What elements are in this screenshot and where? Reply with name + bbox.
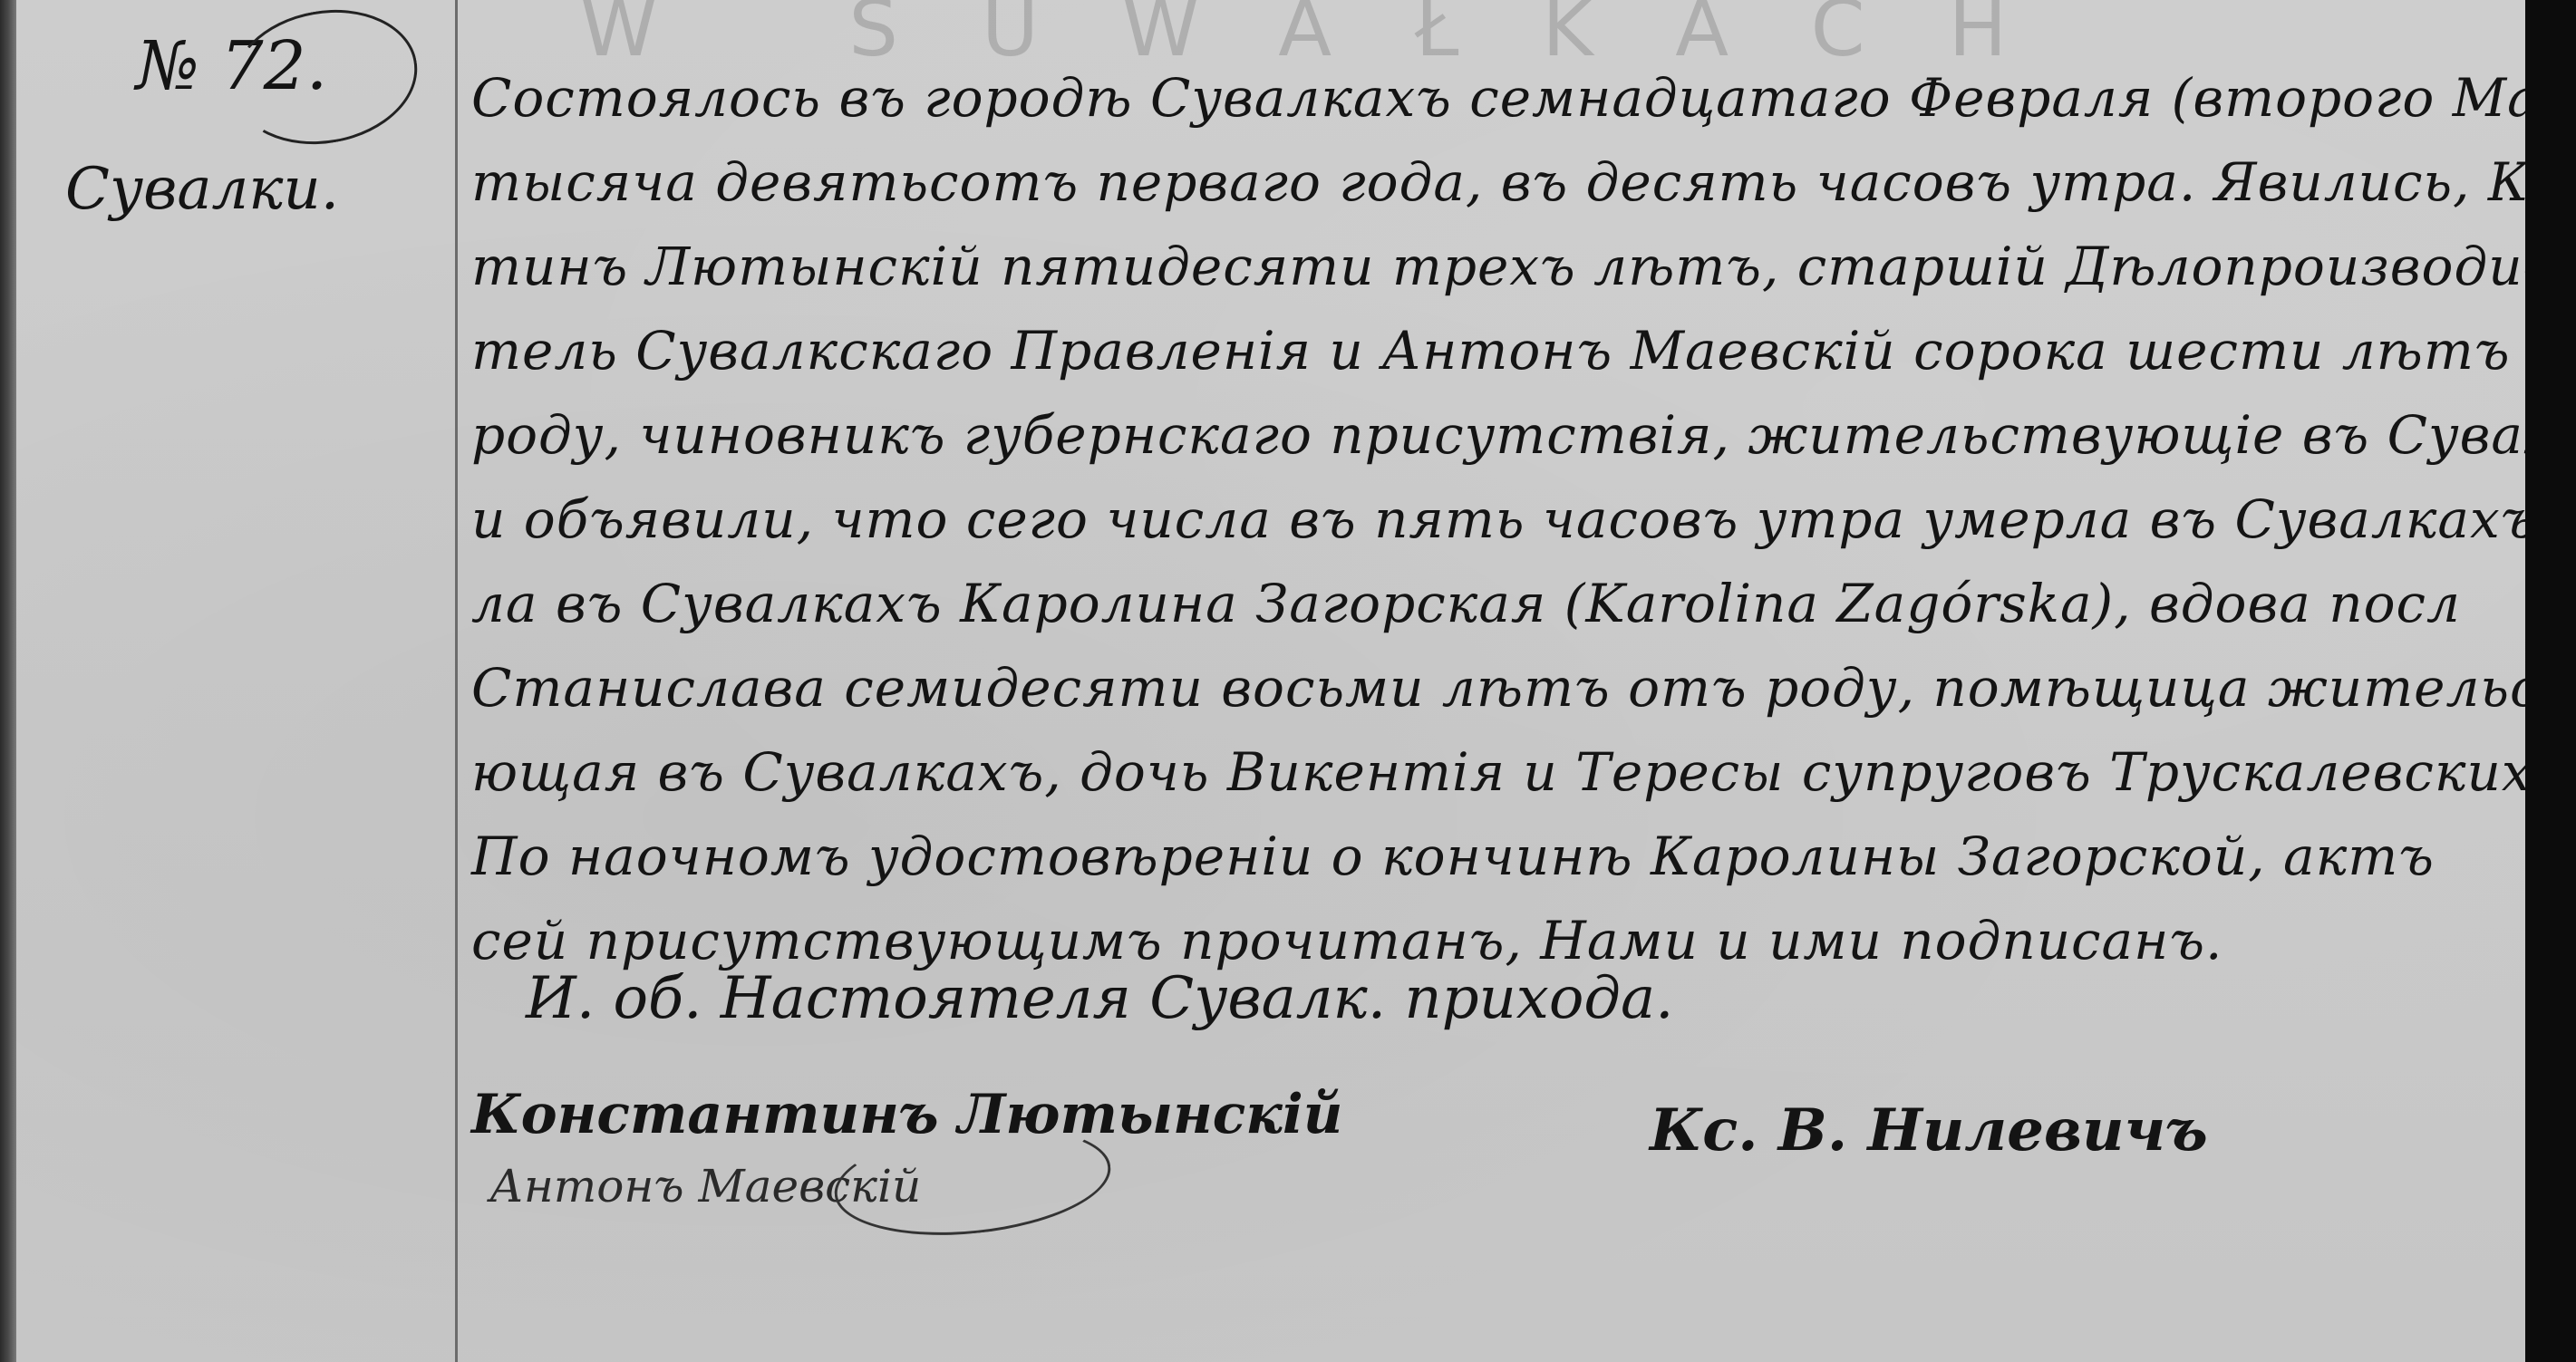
body-line: Станислава семидесяти восьми лѣтъ отъ ро… bbox=[471, 646, 2502, 730]
signature-witness-1: Константинъ Лютынскій bbox=[471, 1083, 1342, 1146]
record-body: Состоялось въ городѣ Сувалкахъ семнадцат… bbox=[471, 56, 2502, 983]
body-line: По наочномъ удостовѣреніи о кончинѣ Каро… bbox=[471, 815, 2502, 899]
body-line: тинъ Лютынскій пятидесяти трехъ лѣтъ, ст… bbox=[471, 225, 2502, 309]
body-line: роду, чиновникъ губернскаго присутствія,… bbox=[471, 393, 2502, 478]
document-page: W SUWAŁKACH № 72. Сувалки. Состоялось въ… bbox=[0, 0, 2525, 1362]
signature-official: Кс. В. Нилевичъ bbox=[1650, 1096, 2208, 1164]
body-line: тысяча девятьсотъ перваго года, въ десят… bbox=[471, 140, 2502, 225]
binding-edge bbox=[0, 0, 16, 1362]
margin-rule bbox=[455, 0, 458, 1362]
scan-border bbox=[2525, 0, 2576, 1362]
body-line: и объявили, что сего числа въ пять часов… bbox=[471, 478, 2502, 562]
body-line: ла въ Сувалкахъ Каролина Загорская (Karo… bbox=[471, 562, 2502, 646]
body-line: Состоялось въ городѣ Сувалкахъ семнадцат… bbox=[471, 56, 2502, 140]
body-line: тель Сувалкскаго Правленія и Антонъ Маев… bbox=[471, 309, 2502, 393]
body-line: ющая въ Сувалкахъ, дочь Викентія и Терес… bbox=[471, 730, 2502, 815]
margin-place-name: Сувалки. bbox=[65, 156, 339, 223]
officiant-title: И. об. Настоятеля Сувалк. прихода. bbox=[526, 965, 1673, 1032]
record-number-oval bbox=[221, 0, 428, 159]
